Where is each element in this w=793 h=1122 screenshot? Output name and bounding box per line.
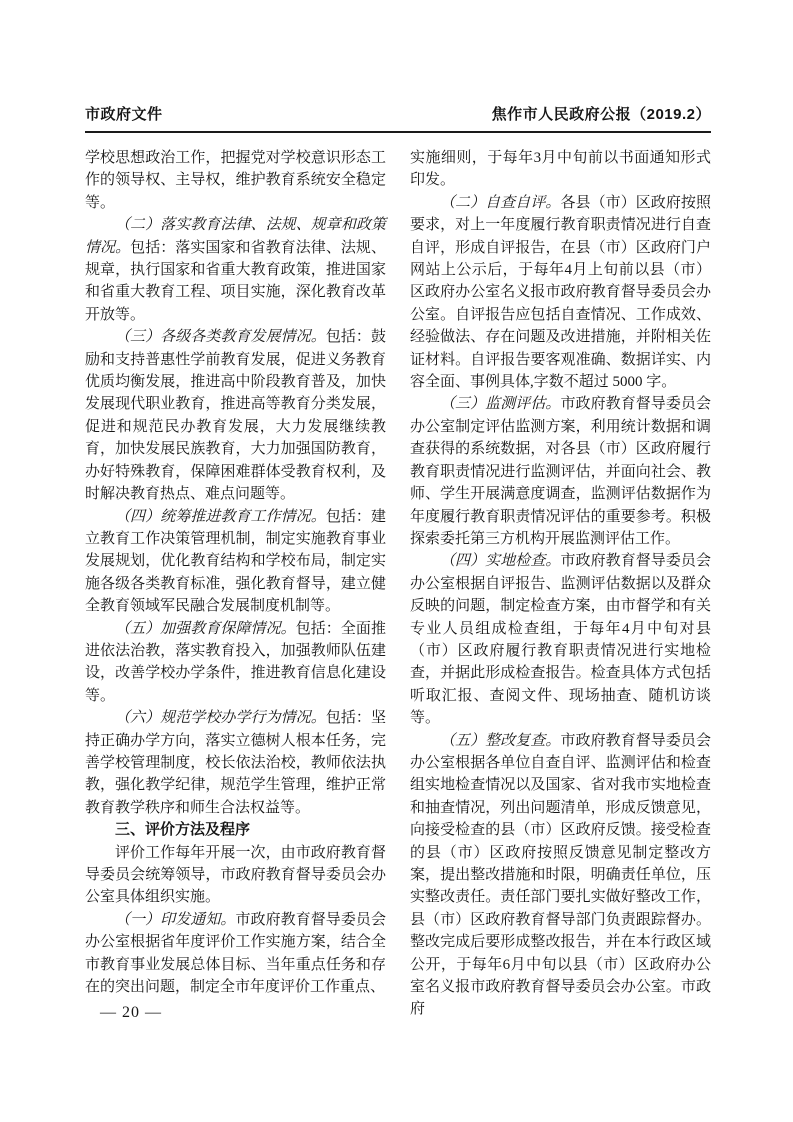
paragraph: （一）印发通知。市政府教育督导委员会办公室根据省年度评价工作实施方案，结合全市教… [85,909,386,999]
item-title: （六）规范学校办学行为情况。 [115,710,326,726]
paragraph: （三）监测评估。市政府教育督导委员会办公室制定评估监测方案，利用统计数据和调查获… [410,393,711,550]
text-segment: 实施细则，于每年3月中旬前以书面通知形式印发。 [410,150,711,188]
paragraph: （四）统筹推进教育工作情况。包括：建立教育工作决策管理机制，制定实施教育事业发展… [85,506,386,618]
right-column: 实施细则，于每年3月中旬前以书面通知形式印发。（二）自查自评。各县（市）区政府按… [410,147,711,1021]
document-body: 学校思想政治工作，把握党对学校意识形态工作的领导权、主导权，维护教育系统安全稳定… [85,147,711,1021]
item-title: （五）整改复查。 [440,733,560,749]
paragraph: （二）自查自评。各县（市）区政府按照要求，对上一年度履行教育职责情况进行自查自评… [410,192,711,394]
text-segment: 包括：落实国家和省教育法律、法规、规章，执行国家和省重大教育政策，推进国家和省重… [85,240,386,323]
item-title: （四）统筹推进教育工作情况。 [115,509,326,525]
text-segment: 三、评价方法及程序 [115,821,250,838]
item-title: （三）各级各类教育发展情况。 [115,329,326,345]
paragraph: 学校思想政治工作，把握党对学校意识形态工作的领导权、主导权，维护教育系统安全稳定… [85,147,386,214]
left-column: 学校思想政治工作，把握党对学校意识形态工作的领导权、主导权，维护教育系统安全稳定… [85,147,386,1021]
item-title: （四）实地检查。 [440,553,560,569]
document-page: 市政府文件 焦作市人民政府公报（2019.2） 学校思想政治工作，把握党对学校意… [0,0,793,1122]
paragraph: （三）各级各类教育发展情况。包括：鼓励和支持普惠性学前教育发展，促进义务教育优质… [85,326,386,505]
paragraph: （六）规范学校办学行为情况。包括：坚持正确办学方向，落实立德树人根本任务，完善学… [85,707,386,819]
item-title: （一）印发通知。 [115,912,235,928]
text-segment: 学校思想政治工作，把握党对学校意识形态工作的领导权、主导权，维护教育系统安全稳定… [85,150,386,211]
page-number: — 20 — [100,1004,162,1021]
page-header: 市政府文件 焦作市人民政府公报（2019.2） [85,103,711,133]
paragraph: 实施细则，于每年3月中旬前以书面通知形式印发。 [410,147,711,192]
paragraph: （五）加强教育保障情况。包括：全面推进依法治教，落实教育投入，加强教师队伍建设，… [85,618,386,708]
paragraph: （五）整改复查。市政府教育督导委员会办公室根据各单位自查自评、监测评估和检查组实… [410,730,711,1021]
section-heading: 三、评价方法及程序 [85,819,386,841]
text-segment: 市政府教育督导委员会办公室制定评估监测方案，利用统计数据和调查获得的系统数据，对… [410,396,711,546]
item-title: （五）加强教育保障情况。 [115,621,296,637]
text-segment: 市政府教育督导委员会办公室根据自评报告、监测评估数据以及群众反映的问题，制定检查… [410,553,711,726]
text-segment: 各县（市）区政府按照要求，对上一年度履行教育职责情况进行自查自评，形成自评报告，… [410,195,711,390]
page-footer: — 20 — [100,1004,162,1022]
paragraph: 评价工作每年开展一次，由市政府教育督导委员会统筹领导，市政府教育督导委员会办公室… [85,842,386,909]
item-title: （三）监测评估。 [440,396,560,412]
text-segment: 包括：鼓励和支持普惠性学前教育发展，促进义务教育优质均衡发展，推进高中阶段教育普… [85,329,386,502]
text-segment: 评价工作每年开展一次，由市政府教育督导委员会统筹领导，市政府教育督导委员会办公室… [85,845,386,906]
header-left-title: 市政府文件 [85,103,163,124]
paragraph: （四）实地检查。市政府教育督导委员会办公室根据自评报告、监测评估数据以及群众反映… [410,550,711,729]
item-title: （二）自查自评。 [440,195,560,211]
text-segment: 市政府教育督导委员会办公室根据各单位自查自评、监测评估和检查组实地检查情况以及国… [410,733,711,1018]
header-right-title: 焦作市人民政府公报（2019.2） [492,103,711,124]
paragraph: （二）落实教育法律、法规、规章和政策情况。包括：落实国家和省教育法律、法规、规章… [85,214,386,326]
